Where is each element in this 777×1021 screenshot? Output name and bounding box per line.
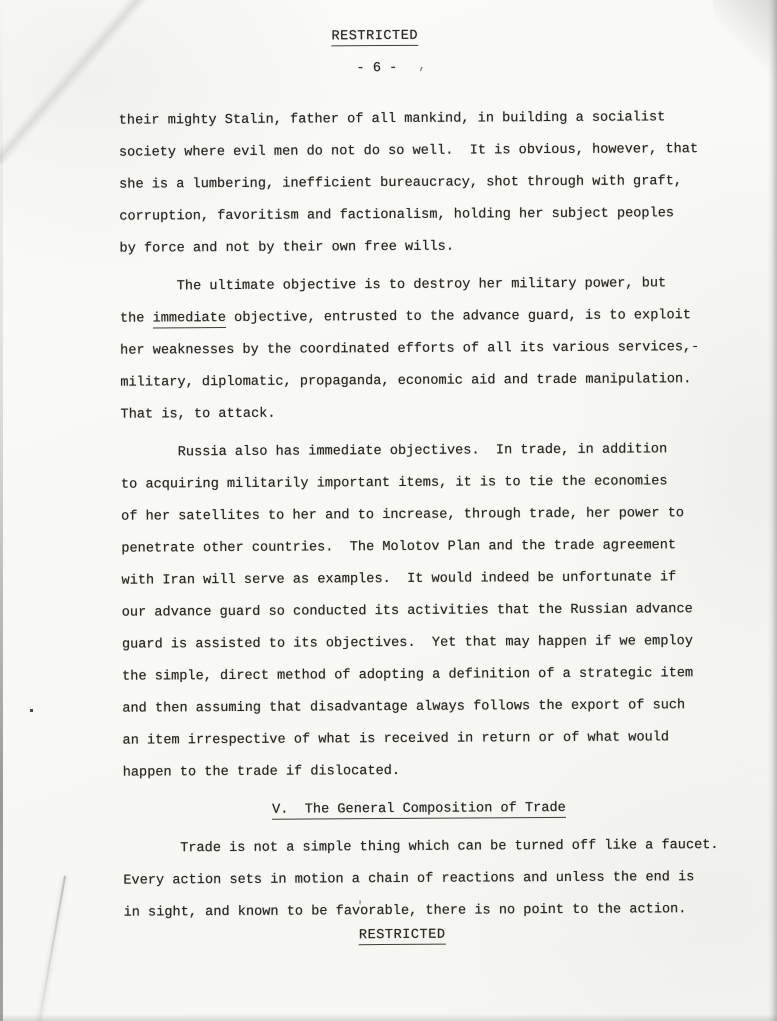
text-segment: and then assuming that disadvantage alwa… [122,698,685,716]
text-segment: military, diplomatic, propaganda, econom… [120,372,691,390]
text-line: to acquiring militarily important items,… [121,466,713,502]
text-segment: The ultimate objective is to destroy her… [177,276,667,294]
text-line: military, diplomatic, propaganda, econom… [120,364,712,400]
paragraph: Russia also has immediate objectives. In… [121,434,715,790]
text-line: That is, to attack. [120,396,712,432]
text-line: in sight, and known to be favorable, the… [123,894,715,930]
text-line: society where evil men do not do so well… [119,134,711,170]
text-line: our advance guard so conducted its activ… [122,594,714,630]
ink-speck-comma: , [418,58,426,73]
text-segment: objective, entrusted to the advance guar… [226,308,691,326]
text-segment: the [120,311,153,326]
text-line: she is a lumbering, inefficient bureaucr… [119,166,711,202]
text-line: the immediate objective, entrusted to th… [120,300,712,336]
text-segment: she is a lumbering, inefficient bureaucr… [119,174,682,192]
text-line: The ultimate objective is to destroy her… [120,268,712,304]
paragraph: The ultimate objective is to destroy her… [120,268,713,432]
ink-speck-apostrophe: ' [356,899,363,913]
text-segment: That is, to attack. [120,407,275,423]
paragraph: their mighty Stalin, father of all manki… [119,102,712,266]
page-number: - 6 - [0,59,765,79]
text-segment: of her satellites to her and to increase… [121,506,684,524]
text-segment: an item irrespective of what is received… [122,730,669,748]
document-body: their mighty Stalin, father of all manki… [119,102,716,936]
text-line: their mighty Stalin, father of all manki… [119,102,711,138]
text-line: guard is assisted to its objectives. Yet… [122,626,714,662]
text-segment: by force and not by their own free wills… [119,240,454,257]
text-segment: Trade is not a simple thing which can be… [180,838,718,856]
text-line: happen to the trade if dislocated. [123,754,715,790]
text-segment: their mighty Stalin, father of all manki… [119,110,666,128]
text-segment: with Iran will serve as examples. It wou… [121,570,676,588]
text-line: Trade is not a simple thing which can be… [123,830,715,866]
paragraph: Trade is not a simple thing which can be… [123,830,716,930]
text-line: her weaknesses by the coordinated effort… [120,332,712,368]
text-line: the simple, direct method of adopting a … [122,658,714,694]
text-segment: penetrate other countries. The Molotov P… [121,538,676,556]
text-line: by force and not by their own free wills… [119,230,711,266]
text-segment: society where evil men do not do so well… [119,142,698,161]
text-segment: guard is assisted to its objectives. Yet… [122,634,693,652]
text-segment: in sight, and known to be favorable, the… [124,902,687,920]
text-segment: our advance guard so conducted its activ… [122,602,693,620]
text-line: and then assuming that disadvantage alwa… [122,690,714,726]
classification-header-text: RESTRICTED [331,29,418,47]
text-segment: her weaknesses by the coordinated effort… [120,340,699,359]
text-line: of her satellites to her and to increase… [121,498,713,534]
text-line: an item irrespective of what is received… [122,722,714,758]
underlined-text: immediate [153,311,227,328]
text-segment: happen to the trade if dislocated. [123,764,400,781]
typed-content: RESTRICTED - 6 - , their mighty Stalin, … [0,0,777,1021]
classification-header: RESTRICTED [0,27,763,47]
text-line: penetrate other countries. The Molotov P… [121,530,713,566]
text-segment: the simple, direct method of adopting a … [122,666,693,684]
classification-footer-text: RESTRICTED [359,928,446,946]
text-segment: Every action sets in motion a chain of r… [123,870,694,888]
text-segment: corruption, favoritism and factionalism,… [119,206,674,224]
scanned-document-page: RESTRICTED - 6 - , their mighty Stalin, … [0,0,777,1021]
section-heading-text: V. The General Composition of Trade [272,801,566,820]
text-line: Every action sets in motion a chain of r… [123,862,715,898]
section-heading: V. The General Composition of Trade [123,792,715,828]
text-line: corruption, favoritism and factionalism,… [119,198,711,234]
text-segment: to acquiring militarily important items,… [121,474,668,492]
text-line: Russia also has immediate objectives. In… [121,434,713,470]
text-line: with Iran will serve as examples. It wou… [121,562,713,598]
text-segment: Russia also has immediate objectives. In… [178,442,668,460]
